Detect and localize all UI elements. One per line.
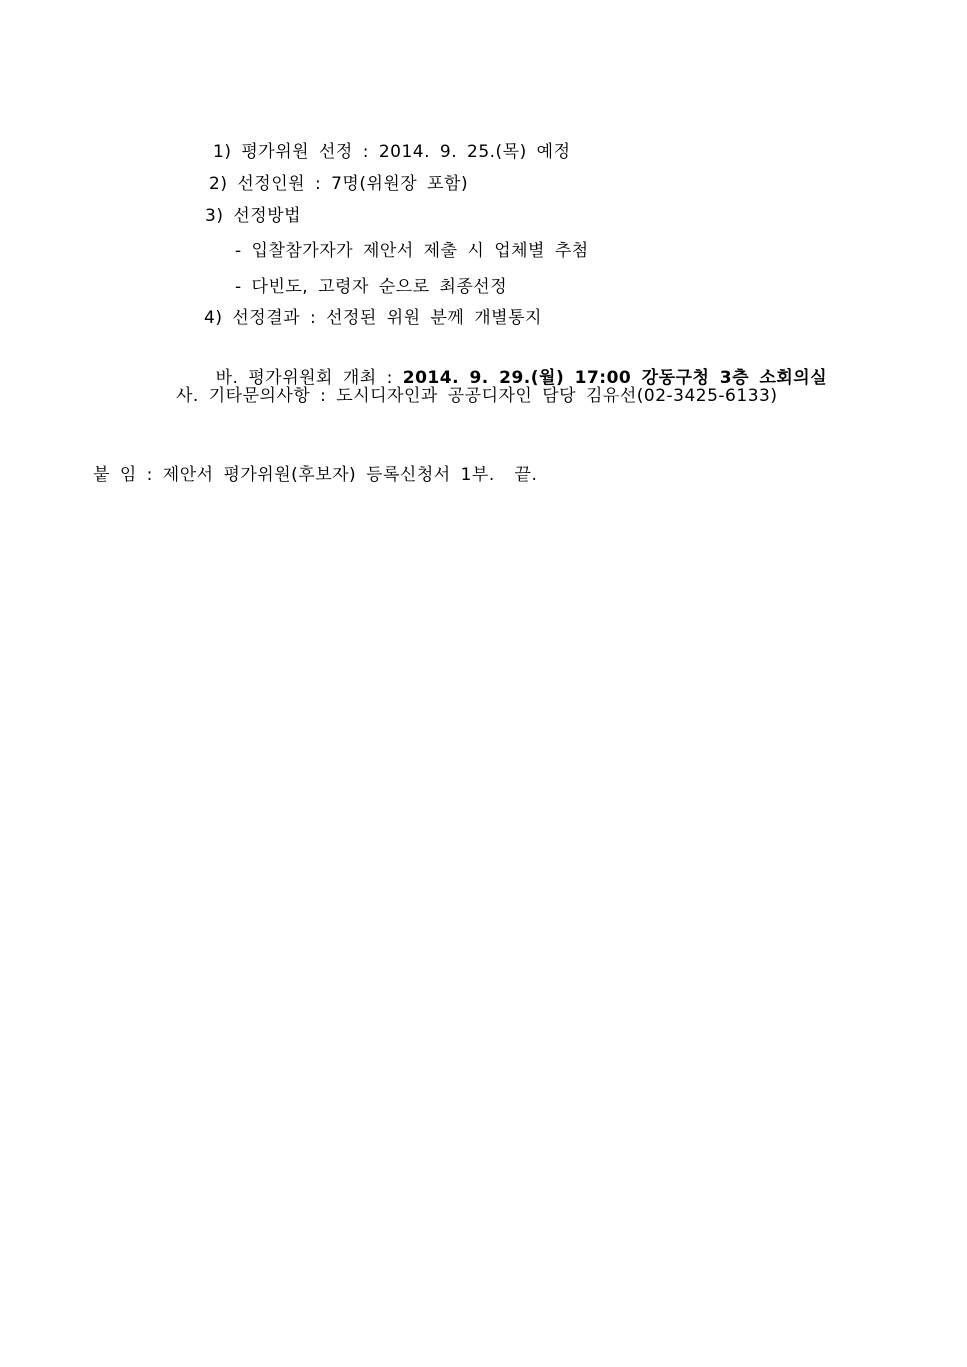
list-item-2: 2) 선정인원 : 7명(위원장 포함) (209, 173, 468, 195)
document-page: 1) 평가위원 선정 : 2014. 9. 25.(목) 예정 2) 선정인원 … (0, 0, 967, 1367)
sub-item-dash-2: - 다빈도, 고령자 순으로 최종선정 (235, 276, 507, 298)
list-item-4: 4) 선정결과 : 선정된 위원 분께 개별통지 (204, 307, 542, 329)
sub-item-dash-1: - 입찰참가자가 제안서 제출 시 업체별 추첨 (235, 240, 589, 262)
list-item-3: 3) 선정방법 (205, 205, 301, 227)
attachment-line: 붙 임 : 제안서 평가위원(후보자) 등록신청서 1부. 끝. (93, 464, 537, 486)
list-item-1: 1) 평가위원 선정 : 2014. 9. 25.(목) 예정 (213, 141, 571, 163)
item-sa-contact: 사. 기타문의사항 : 도시디자인과 공공디자인 담당 김유선(02-3425-… (176, 385, 777, 407)
